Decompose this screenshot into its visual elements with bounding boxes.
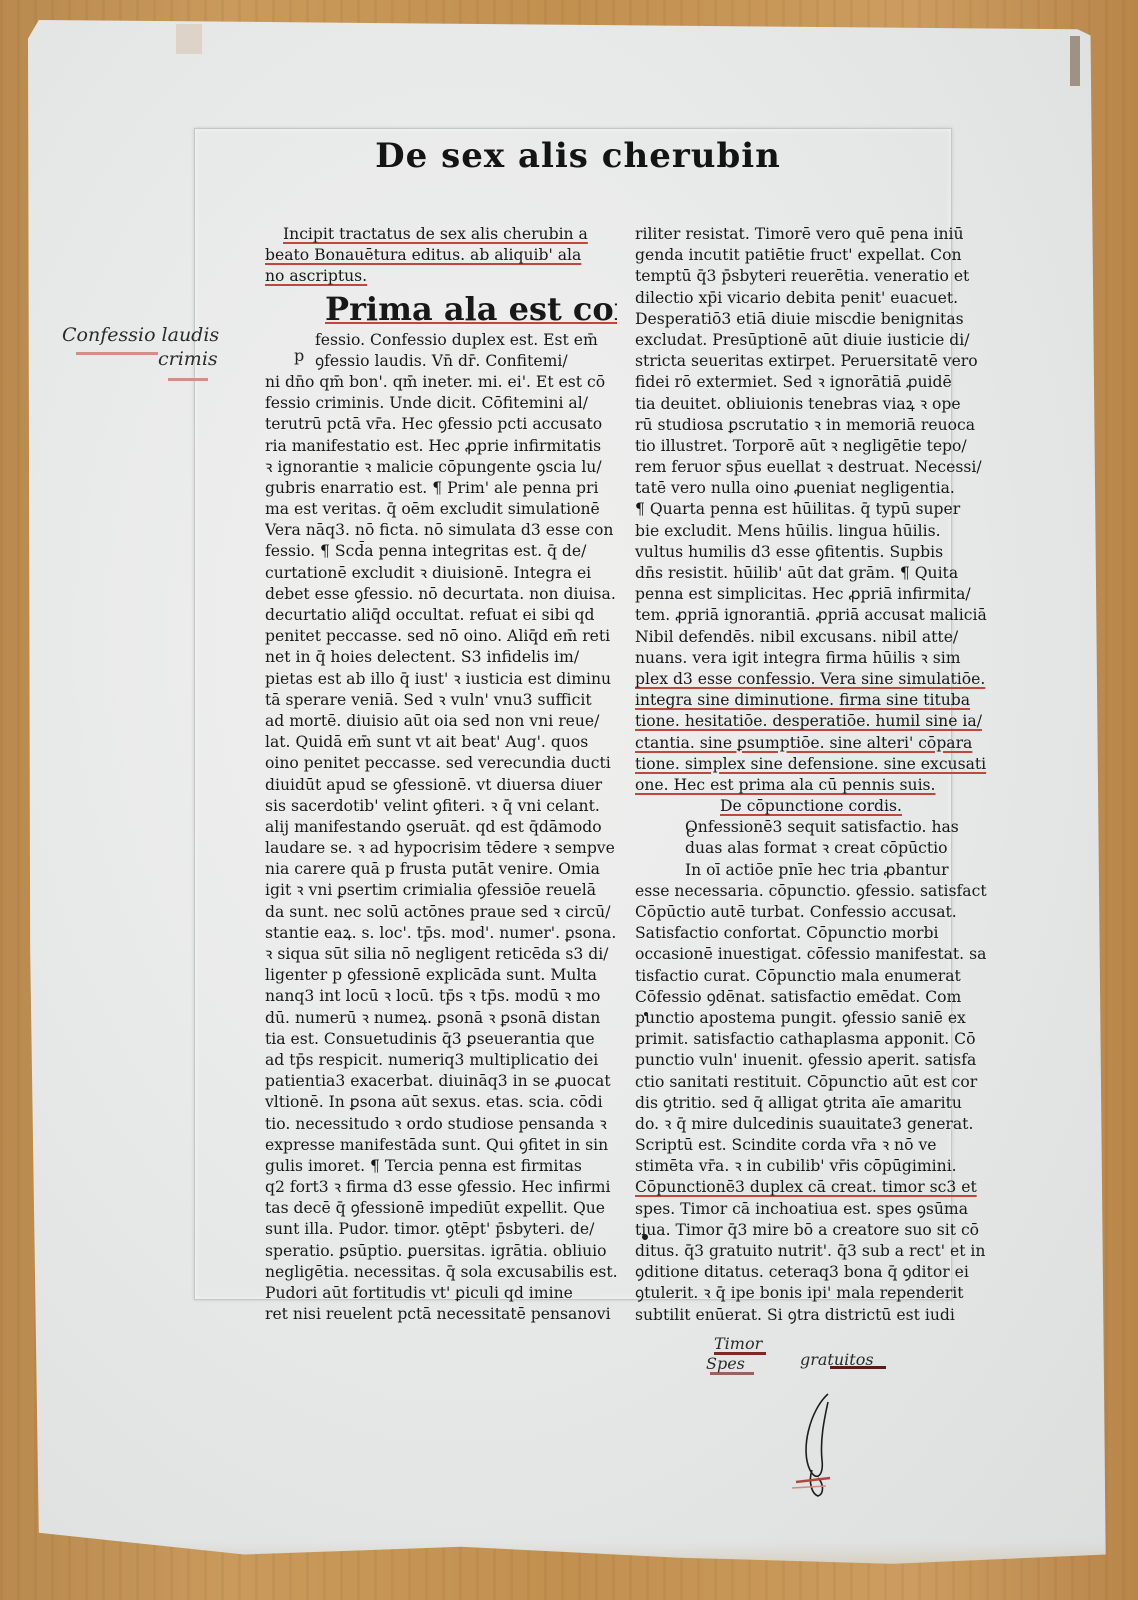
text-line: ditus. q̄3 gratuito nutrit'. q̄3 sub a r…: [635, 1241, 987, 1262]
bottom-note-line: Timor: [714, 1334, 762, 1353]
text-line: pietas est ab illo q̄ iust' ꝛ iusticia e…: [265, 669, 617, 690]
text-line: Desperatiō3 etiā diuie miscdie benignita…: [635, 309, 987, 330]
text-line: ad mortē. diuisio aūt oia sed non vni re…: [265, 711, 617, 732]
text-line: plex d3 esse confessio. Vera sine simula…: [635, 669, 987, 690]
bottom-note-line: Spes: [706, 1354, 745, 1373]
text-line: excludat. Presūptionē aūt diuie iusticie…: [635, 330, 987, 351]
text-line: ꝛ ignorantie ꝛ malicie cōpungente ꝯscia …: [265, 457, 617, 478]
ink-dot: [644, 1012, 648, 1016]
text-line: lat. Quidā em̄ sunt vt ait beat' Aug'. q…: [265, 732, 617, 753]
ink-dot: [642, 1234, 648, 1240]
text-line: dn̄s resistit. hūilib' aūt dat grām. ¶ Q…: [635, 563, 987, 584]
text-line: ¶ Quarta penna est hūilitas. q̄ typū sup…: [635, 499, 987, 520]
text-line: tiua. Timor q̄3 mire bō a creatore suo s…: [635, 1220, 987, 1241]
text-line: tio illustret. Torporē aūt ꝛ negligētie …: [635, 436, 987, 457]
text-line: fessio criminis. Unde dicit. Cōfitemini …: [265, 393, 617, 414]
text-line: ꝯditione ditatus. ceteraq3 bona q̄ ꝯdito…: [635, 1262, 987, 1283]
text-line: fessio. Confessio duplex est. Est em̄: [265, 330, 617, 351]
text-line: tisfactio curat. Cōpunctio mala enumerat: [635, 966, 987, 987]
text-line: q2 fort3 ꝛ firma d3 esse ꝯfessio. Hec in…: [265, 1177, 617, 1198]
incipit-line: no ascriptus.: [265, 266, 617, 287]
text-line: integra sine diminutione. firma sine tit…: [635, 690, 987, 711]
text-line: speratio. ꝑsūptio. ꝑuersitas. igrātia. o…: [265, 1241, 617, 1262]
text-line: tio. necessitudo ꝛ ordo studiose pensand…: [265, 1114, 617, 1135]
text-line: tatē vero nulla oino ꝓueniat negligentia…: [635, 478, 987, 499]
section-subheading: De cōpunctione cordis.: [635, 796, 987, 817]
text-line: one. Hec est prima ala cū pennis suis.: [635, 775, 987, 796]
paper-stain: [1070, 36, 1080, 86]
text-line: decurtatio aliq̄d occultat. refuat ei si…: [265, 605, 617, 626]
text-line: debet esse ꝯfessio. nō decurtata. non di…: [265, 584, 617, 605]
text-line: tā sperare veniā. Sed ꝛ vuln' vnu3 suffi…: [265, 690, 617, 711]
text-line: punctio vuln' inuenit. ꝯfessio aperit. s…: [635, 1050, 987, 1071]
text-line: gulis imoret. ¶ Tercia penna est firmita…: [265, 1156, 617, 1177]
text-line: negligētia. necessitas. q̄ sola excusabi…: [265, 1262, 617, 1283]
text-line: oino penitet peccasse. sed verecundia du…: [265, 753, 617, 774]
text-line: net in q̄ hoies delectent. S3 infidelis …: [265, 647, 617, 668]
text-line: tas decē q̄ ꝯfessionē impediūt expellit.…: [265, 1198, 617, 1219]
paper-stain: [176, 24, 202, 54]
red-underline: [830, 1366, 886, 1369]
text-line: ria manifestatio est. Hec ꝓprie infirmit…: [265, 436, 617, 457]
text-line: Onfessionē3 sequit satisfactio. has: [635, 817, 987, 838]
text-line: vltionē. In ꝑsona aūt sexus. etas. scia.…: [265, 1092, 617, 1113]
text-line: stricta seueritas extirpet. Peruersitatē…: [635, 351, 987, 372]
text-line: spes. Timor cā inchoatiua est. spes ꝯsūm…: [635, 1199, 987, 1220]
text-line: stantie eaꝝ. s. loc'. tp̄s. mod'. numer'…: [265, 923, 617, 944]
text-line: riliter resistat. Timorē vero quē pena i…: [635, 224, 987, 245]
text-line: expresse manifestāda sunt. Qui ꝯfitet in…: [265, 1135, 617, 1156]
text-line: stimēta vr̄a. ꝛ in cubilib' vr̄is cōpūgi…: [635, 1156, 987, 1177]
text-line: temptū q̄3 p̄sbyteri reuerētia. venerati…: [635, 266, 987, 287]
incipit-line: Incipit tractatus de sex alis cherubin a: [265, 224, 617, 245]
text-line: Cōfessio ꝯdēnat. satisfactio emēdat. Com: [635, 987, 987, 1008]
text-line: ctantia. sine ꝑsumptiōe. sine alteri' cō…: [635, 733, 987, 754]
text-line: Cōpūctio autē turbat. Confessio accusat.: [635, 902, 987, 923]
margin-note-line: Confessio laudis: [62, 324, 219, 346]
text-line: igit ꝛ vni ꝑsertim crimialia ꝯfessiōe re…: [265, 880, 617, 901]
text-line: tia est. Consuetudinis q̄3 ꝑseuerantia q…: [265, 1029, 617, 1050]
text-line: nia carere quā p frusta putāt venire. Om…: [265, 859, 617, 880]
text-line: ctio sanitati restituit. Cōpunctio aūt e…: [635, 1072, 987, 1093]
text-line: gubris enarratio est. ¶ Prim' ale penna …: [265, 478, 617, 499]
red-underline: [714, 1352, 766, 1355]
left-column: Incipit tractatus de sex alis cherubin a…: [265, 224, 617, 1325]
text-line: da sunt. nec solū actōnes praue sed ꝛ ci…: [265, 902, 617, 923]
incipit-line: beato Bonauētura editus. ab aliquib' ala: [265, 245, 617, 266]
text-line: bie excludit. Mens hūilis. lingua hūilis…: [635, 521, 987, 542]
text-line: primit. satisfactio cathaplasma apponit.…: [635, 1029, 987, 1050]
text-line: ligenter p ꝯfessionē explicāda sunt. Mul…: [265, 965, 617, 986]
text-line: Pudori aūt fortitudis vt' ꝑiculi qd imin…: [265, 1283, 617, 1304]
text-line: In oī actiōe pnīe hec tria ꝓbantur: [635, 860, 987, 881]
text-line: genda incutit patiētie fruct' expellat. …: [635, 245, 987, 266]
text-line: laudare se. ꝛ ad hypocrisim tēdere ꝛ sem…: [265, 838, 617, 859]
text-line: fidei rō extermiet. Sed ꝛ ignorātiā ꝓuid…: [635, 372, 987, 393]
text-line: sis sacerdotib' velint ꝯfiteri. ꝛ q̄ vni…: [265, 796, 617, 817]
text-line: Cōpunctionē3 duplex cā creat. timor sc3 …: [635, 1177, 987, 1198]
text-line: occasionē inuestigat. cōfessio manifesta…: [635, 944, 987, 965]
text-line: Vera nāq3. nō ficta. nō simulata d3 esse…: [265, 520, 617, 541]
section-heading: Prima ala est con: [265, 288, 617, 330]
text-line: tione. hesitatiōe. desperatiōe. humil si…: [635, 711, 987, 732]
text-line: patientia3 exacerbat. diuināq3 in se ꝓuo…: [265, 1071, 617, 1092]
text-line: tem. ꝓpriā ignorantiā. ꝓpriā accusat mal…: [635, 605, 987, 626]
text-line: esse necessaria. cōpunctio. ꝯfessio. sat…: [635, 881, 987, 902]
text-line: diuidūt apud se ꝯfessionē. vt diuersa di…: [265, 775, 617, 796]
text-line: vultus humilis d3 esse ꝯfitentis. Supbis: [635, 542, 987, 563]
text-line: ꝛ siqua sūt silia nō negligent reticēda …: [265, 944, 617, 965]
text-line: rem feruor sp̄us euellat ꝛ destruat. Nec…: [635, 457, 987, 478]
text-line: fessio. ¶ Scd̄a penna integritas est. q̄…: [265, 541, 617, 562]
handwritten-margin-note: Confessio laudis crimis: [62, 322, 242, 382]
red-underline: [168, 378, 208, 381]
pen-flourish-icon: [790, 1390, 850, 1500]
text-line: punctio apostema pungit. ꝯfessio saniē e…: [635, 1008, 987, 1029]
text-line: curtationē excludit ꝛ diuisionē. Integra…: [265, 563, 617, 584]
right-column: riliter resistat. Timorē vero quē pena i…: [635, 224, 987, 1326]
text-line: duas alas format ꝛ creat cōpūctio: [635, 838, 987, 859]
text-line: nanq3 int locū ꝛ locū. tp̄s ꝛ tp̄s. modū…: [265, 986, 617, 1007]
page-title: De sex alis cherubin: [368, 136, 788, 176]
text-line: penitet peccasse. sed nō oino. Aliq̄d em…: [265, 626, 617, 647]
text-line: sunt illa. Pudor. timor. ꝯtēpt' p̄sbyter…: [265, 1219, 617, 1240]
red-underline: [710, 1372, 754, 1375]
text-line: penna est simplicitas. Hec ꝓpriā infirmi…: [635, 584, 987, 605]
text-line: do. ꝛ q̄ mire dulcedinis suauitate3 gene…: [635, 1114, 987, 1135]
text-line: Nibil defendēs. nibil excusans. nibil at…: [635, 627, 987, 648]
text-line: terutrū pctā vr̄a. Hec ꝯfessio pcti accu…: [265, 414, 617, 435]
text-line: ꝯfessio laudis. Vn̄ dr̄. Confitemi/: [265, 351, 617, 372]
text-line: dū. numerū ꝛ numeꝝ. ꝑsonā ꝛ ꝑsonā distan: [265, 1008, 617, 1029]
text-line: dis ꝯtritio. sed q̄ alligat ꝯtrita aīe a…: [635, 1093, 987, 1114]
text-line: dilectio xp̄i vicario debita penit' euac…: [635, 288, 987, 309]
text-line: tia deuitet. obliuionis tenebras viaꝝ ꝛ …: [635, 394, 987, 415]
text-line: ad tp̄s respicit. numeriq3 multiplicatio…: [265, 1050, 617, 1071]
text-line: alij manifestando ꝯseruāt. qd est q̄dāmo…: [265, 817, 617, 838]
text-line: ni dn̄o qm̄ bon'. qm̄ ineter. mi. ei'. E…: [265, 372, 617, 393]
text-line: rū studiosa ꝑscrutatio ꝛ in memoriā reuo…: [635, 415, 987, 436]
margin-note-line: crimis: [158, 348, 218, 370]
text-line: Scriptū est. Scindite corda vr̄a ꝛ nō ve: [635, 1135, 987, 1156]
red-underline: [76, 352, 158, 355]
text-line: ret nisi reuelent pctā necessitatē pensa…: [265, 1304, 617, 1325]
text-line: Satisfactio confortat. Cōpunctio morbi: [635, 923, 987, 944]
text-line: subtilit enūerat. Si ꝯtra districtū est …: [635, 1305, 987, 1326]
text-line: tione. simplex sine defensione. sine exc…: [635, 754, 987, 775]
text-line: nuans. vera igit integra firma hūilis ꝛ …: [635, 648, 987, 669]
text-line: ma est veritas. q̄ oēm excludit simulati…: [265, 499, 617, 520]
text-line: ꝯtulerit. ꝛ q̄ ipe bonis ipi' mala repen…: [635, 1283, 987, 1304]
